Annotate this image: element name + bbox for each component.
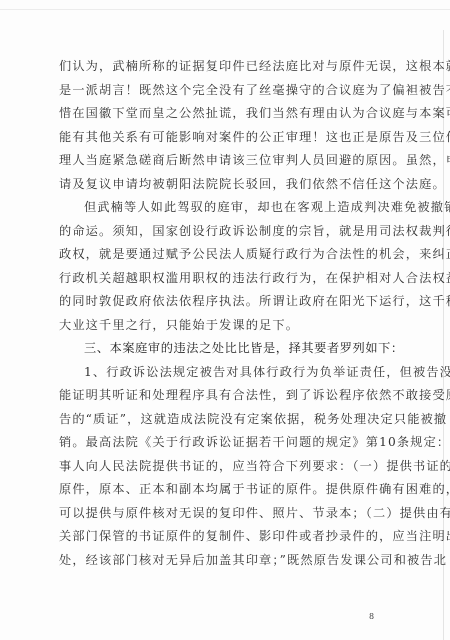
text-line: 是一派胡言！既然这个完全没有了丝毫操守的合议庭为了偏袒被告不 — [59, 79, 383, 103]
text-line: 行政机关超越职权滥用职权的违法行政行为，在保护相对人合法权益 — [59, 267, 383, 291]
paragraph: 但武楠等人如此驾驭的庭审，却也在客观上造成判决难免被撤销 的命运。须知，国家创设… — [59, 196, 383, 337]
text-line: 销。最高法院《关于行政诉讼证据若干问题的规定》第10条规定：“当 — [59, 431, 383, 455]
text-line: 处，经该部门核对无异后加盖其印章；”既然原告发课公司和被告北 — [59, 549, 383, 573]
text-line: 告的“质证”，这就造成法院没有定案依据，税务处理决定只能被撤 — [59, 408, 383, 432]
text-line: 请及复议申请均被朝阳法院院长驳回，我们依然不信任这个法庭。 — [59, 173, 383, 197]
text-line: 惜在国徽下堂而皇之公然扯谎，我们当然有理由认为合议庭与本案可 — [59, 102, 383, 126]
document-page: 们认为，武楠所称的证据复印件已经法庭比对与原件无误，这根本就 是一派胡言！既然这… — [0, 0, 450, 640]
text-line: 政权，就是要通过赋予公民法人质疑行政行为合法性的机会，来纠正 — [59, 243, 383, 267]
text-line: 可以提供与原件核对无误的复印件、照片、节录本；（二）提供由有 — [59, 502, 383, 526]
text-line: 但武楠等人如此驾驭的庭审，却也在客观上造成判决难免被撤销 — [59, 196, 383, 220]
text-line: 原件，原本、正本和副本均属于书证的原件。提供原件确有困难的， — [59, 478, 383, 502]
heading-line: 三、本案庭审的违法之处比比皆是，择其要者罗列如下： — [59, 337, 383, 361]
text-line: 能证明其听证和处理程序具有合法性，到了诉讼程序依然不敢接受原 — [59, 384, 383, 408]
page-right-edge — [443, 30, 444, 640]
text-line: 大业这千里之行，只能始于发课的足下。 — [59, 314, 383, 338]
text-line: 的命运。须知，国家创设行政诉讼制度的宗旨，就是用司法权裁判行 — [59, 220, 383, 244]
section-heading: 三、本案庭审的违法之处比比皆是，择其要者罗列如下： — [59, 337, 383, 361]
text-line: 们认为，武楠所称的证据复印件已经法庭比对与原件无误，这根本就 — [59, 55, 383, 79]
text-line: 1、行政诉讼法规定被告对具体行政行为负举证责任，但被告没 — [59, 361, 383, 385]
document-body: 们认为，武楠所称的证据复印件已经法庭比对与原件无误，这根本就 是一派胡言！既然这… — [59, 55, 383, 572]
text-line: 的同时敦促政府依法依程序执法。所谓让政府在阳光下运行，这千秋 — [59, 290, 383, 314]
text-line: 关部门保管的书证原件的复制件、影印件或者抄录件的，应当注明出 — [59, 525, 383, 549]
paragraph: 1、行政诉讼法规定被告对具体行政行为负举证责任，但被告没 能证明其听证和处理程序… — [59, 361, 383, 573]
text-line: 理人当庭紧急磋商后断然申请该三位审判人员回避的原因。虽然，申 — [59, 149, 383, 173]
paragraph-continuation: 们认为，武楠所称的证据复印件已经法庭比对与原件无误，这根本就 是一派胡言！既然这… — [59, 55, 383, 196]
text-line: 能有其他关系有可能影响对案件的公正审理！这也正是原告及三位代 — [59, 126, 383, 150]
page-number: 8 — [369, 612, 374, 621]
text-line: 事人向人民法院提供书证的，应当符合下列要求：（一）提供书证的 — [59, 455, 383, 479]
page-top-edge — [0, 9, 450, 10]
